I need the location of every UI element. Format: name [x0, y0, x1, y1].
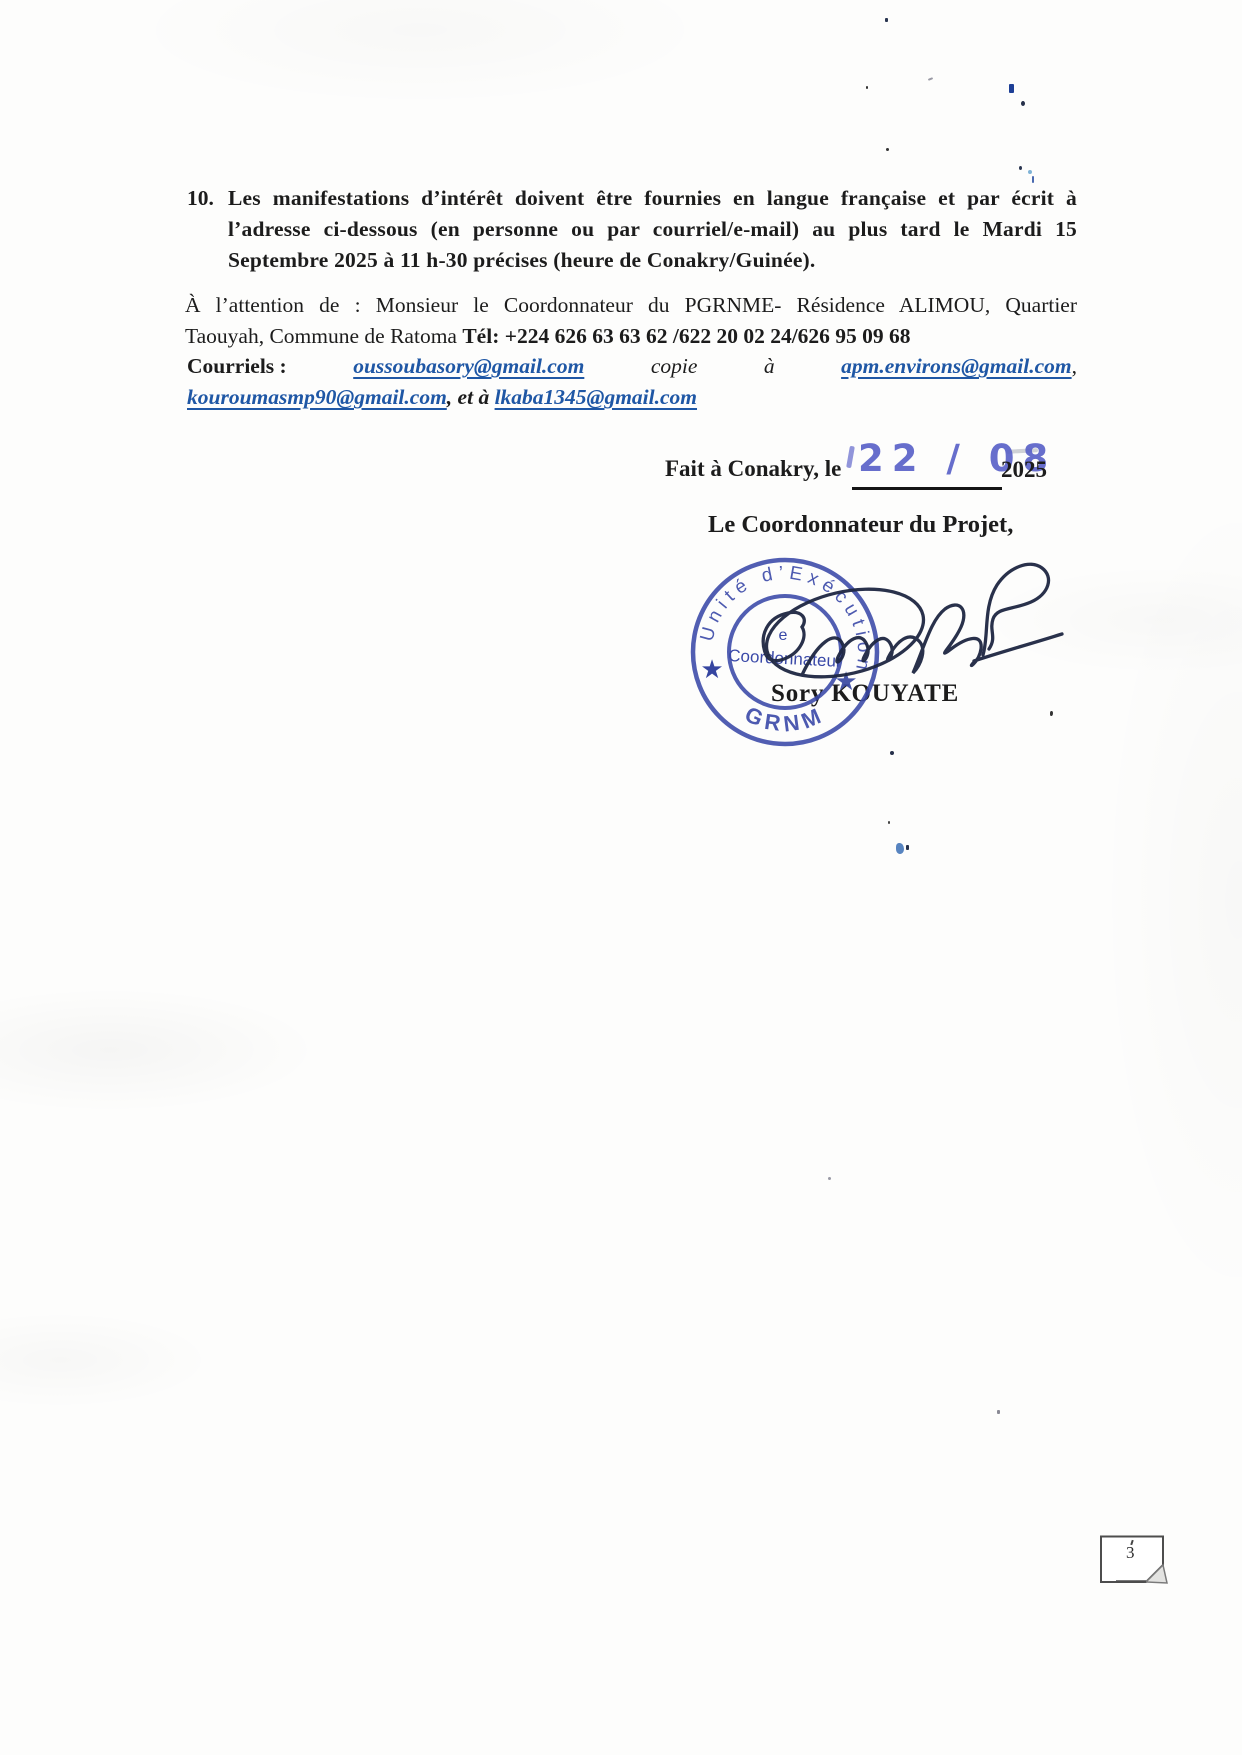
scan-speck	[866, 86, 868, 89]
scan-speck	[890, 751, 894, 755]
email2-comma: ,	[1072, 354, 1077, 378]
attention-line2: Taouyah, Commune de Ratoma Tél: +224 626…	[185, 324, 911, 349]
attention-address: Taouyah, Commune de Ratoma	[185, 324, 462, 348]
scan-speck	[1009, 84, 1014, 93]
copie-text: copie	[651, 354, 698, 379]
paragraph-number: 10.	[187, 186, 214, 211]
a-text: à	[764, 354, 775, 379]
scan-speck	[886, 148, 889, 151]
email-link-lkaba1345[interactable]: lkaba1345@gmail.com	[495, 385, 697, 409]
scan-speck	[1050, 711, 1053, 716]
page-number-box	[1096, 1533, 1176, 1593]
email-link-kouroumasmp90[interactable]: kouroumasmp90@gmail.com	[187, 385, 447, 409]
scan-speck	[1021, 101, 1025, 106]
attention-phone: Tél: +224 626 63 63 62 /622 20 02 24/626…	[462, 324, 910, 348]
courriels-row: Courriels : oussoubasory@gmail.com copie…	[187, 354, 1077, 379]
courriels-label: Courriels :	[187, 354, 287, 379]
scan-speck	[888, 821, 890, 824]
scanned-document-page: 10. Les manifestations d’intérêt doivent…	[0, 0, 1242, 1755]
courriels-line2: kouroumasmp90@gmail.com, et à lkaba1345@…	[187, 385, 697, 410]
attention-line1: À l’attention de : Monsieur le Coordonna…	[185, 293, 1077, 318]
scan-speck	[896, 843, 904, 854]
email-link-apm-environs[interactable]: apm.environs@gmail.com	[841, 354, 1072, 378]
page-number: 3	[1126, 1543, 1135, 1563]
signature-ellipse	[758, 575, 932, 691]
email-link-oussoubasory[interactable]: oussoubasory@gmail.com	[353, 354, 584, 379]
paragraph10-line2: l’adresse ci-dessous (en personne ou par…	[228, 217, 1077, 242]
scan-speck	[1028, 170, 1032, 174]
stamp-star-left-icon: ★	[700, 655, 723, 684]
scan-speck	[1019, 166, 1022, 170]
et-a-text: , et à	[447, 385, 495, 409]
signature-loops	[802, 605, 981, 675]
email2-wrap: apm.environs@gmail.com,	[841, 354, 1077, 379]
scan-speck	[928, 77, 933, 81]
dateline-year: 2025	[1001, 457, 1047, 483]
scan-speck	[1032, 176, 1034, 183]
scan-speck	[885, 18, 888, 22]
paragraph10-line3: Septembre 2025 à 11 h-30 précises (heure…	[228, 248, 1077, 273]
scan-speck	[997, 1410, 1000, 1414]
paragraph10-line1: Les manifestations d’intérêt doivent êtr…	[228, 186, 1077, 211]
handwritten-signature	[730, 515, 1090, 705]
scan-speck	[906, 845, 909, 850]
scan-speck	[828, 1177, 831, 1180]
